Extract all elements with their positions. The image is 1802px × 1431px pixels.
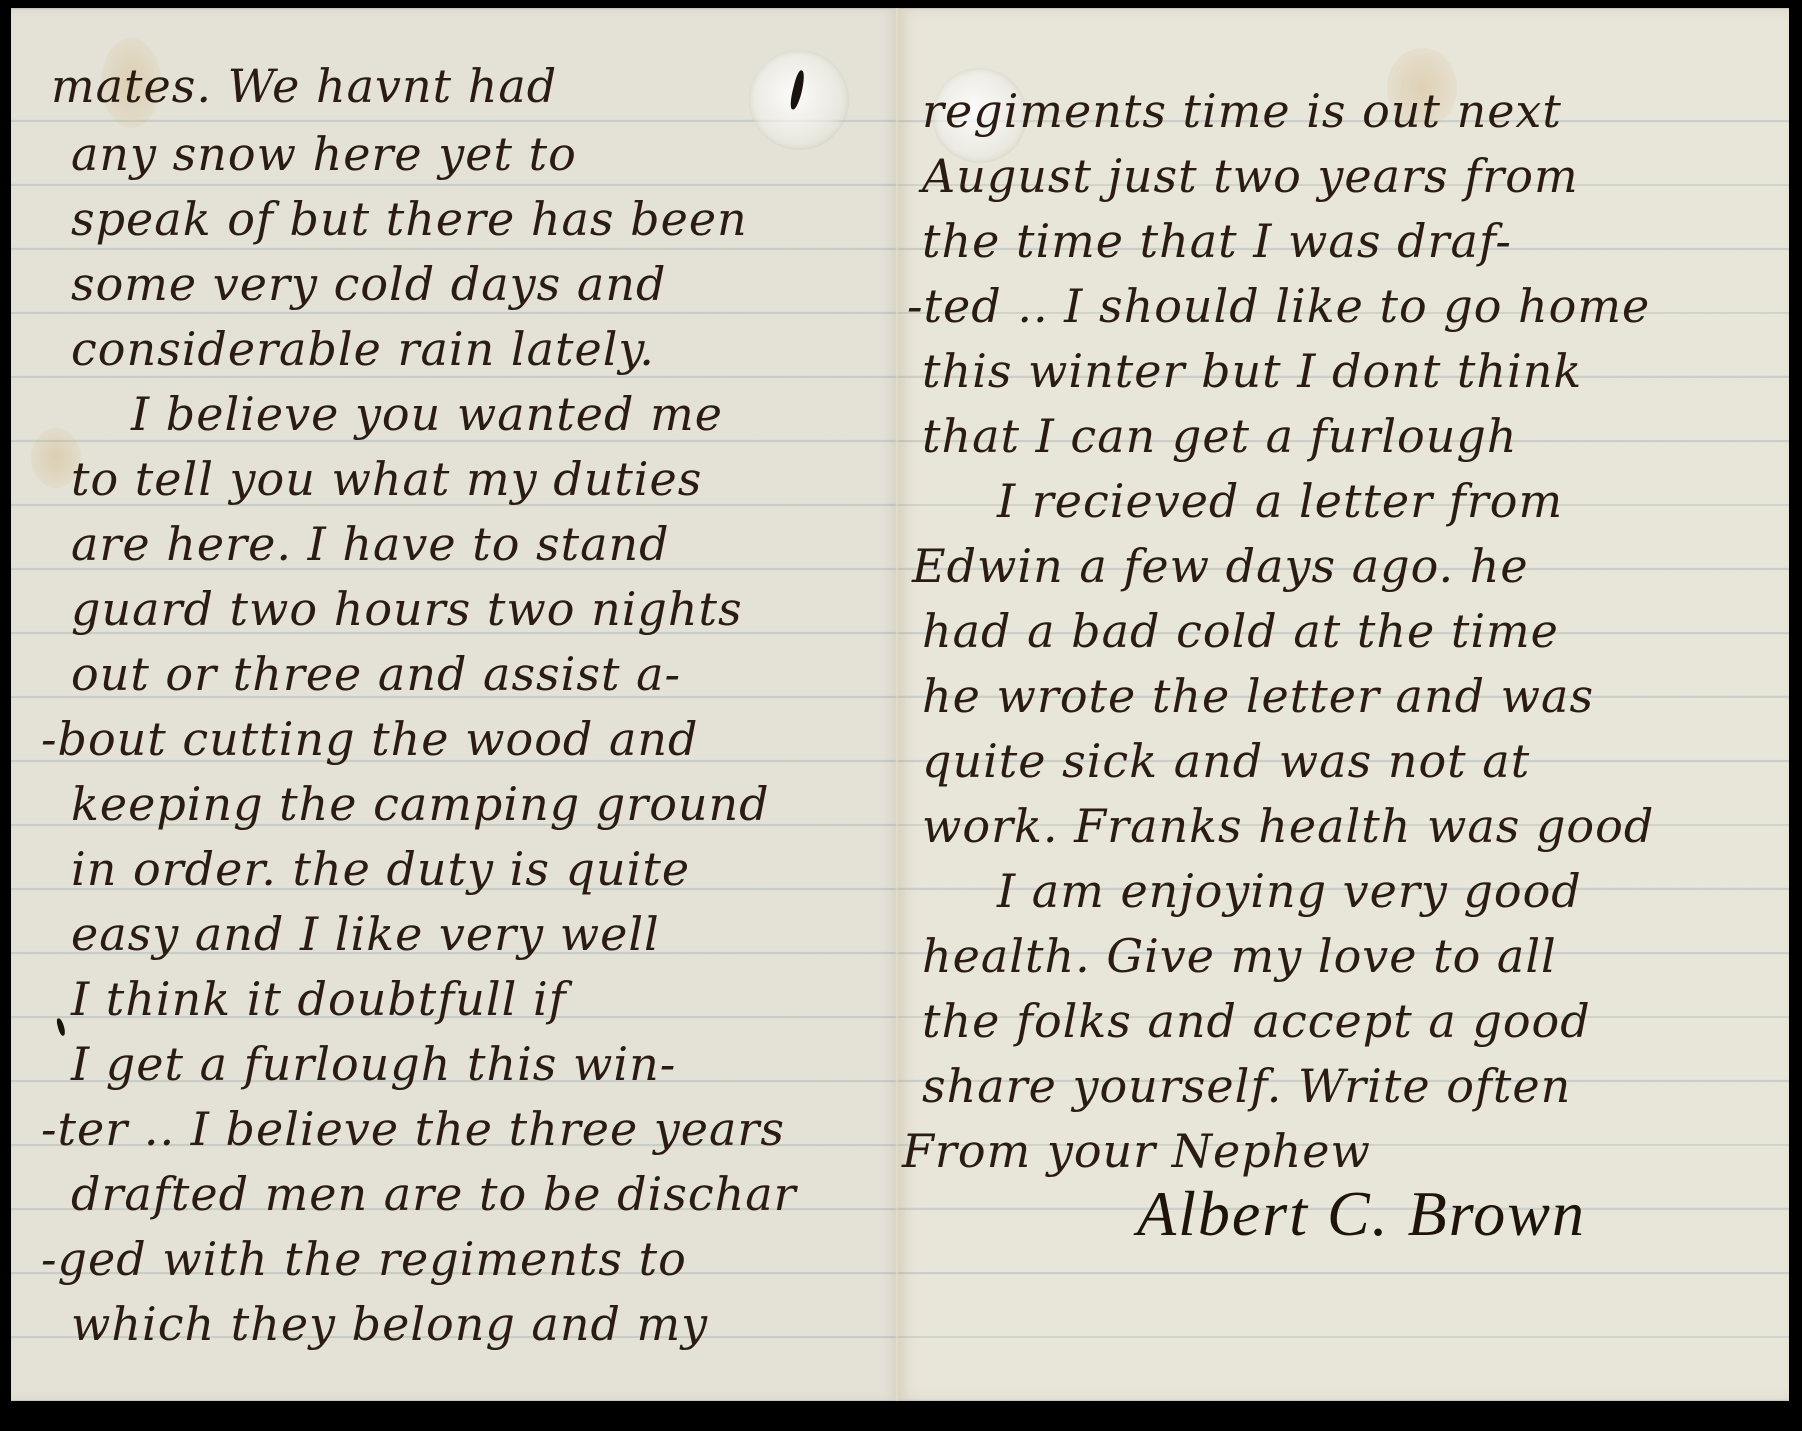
letter-line: Edwin a few days ago. he	[912, 538, 1529, 594]
letter-line: guard two hours two nights	[71, 581, 743, 637]
signature: Albert C. Brown	[1137, 1186, 1586, 1242]
letter-line: August just two years from	[922, 148, 1579, 204]
letter-page-left: mates. We havnt had any snow here yet to…	[11, 8, 897, 1401]
letter-line: any snow here yet to	[71, 126, 577, 182]
letter-line: to tell you what my duties	[71, 451, 702, 507]
letter-line: mates. We havnt had	[51, 58, 557, 114]
letter-closing: From your Nephew	[902, 1123, 1371, 1179]
letter-line: -ged with the regiments to	[41, 1231, 687, 1287]
letter-line: -ted .. I should like to go home	[907, 278, 1650, 334]
letter-line: I recieved a letter from	[917, 473, 1563, 529]
letter-line: that I can get a furlough	[922, 408, 1517, 464]
letter-line: in order. the duty is quite	[71, 841, 690, 897]
left-page-text: mates. We havnt had any snow here yet to…	[11, 8, 897, 1401]
letter-line: -ter .. I believe the three years	[41, 1101, 785, 1157]
letter-line: this winter but I dont think	[922, 343, 1582, 399]
letter-line: I believe you wanted me	[51, 386, 723, 442]
letter-line: share yourself. Write often	[922, 1058, 1571, 1114]
letter-line: work. Franks health was good	[922, 798, 1654, 854]
right-page-text: regiments time is out next August just t…	[897, 8, 1789, 1401]
letter-line: the folks and accept a good	[922, 993, 1591, 1049]
letter-line: had a bad cold at the time	[922, 603, 1559, 659]
letter-line: considerable rain lately.	[71, 321, 655, 377]
letter-page-right: regiments time is out next August just t…	[897, 8, 1789, 1401]
letter-line: I am enjoying very good	[917, 863, 1582, 919]
letter-line: some very cold days and	[71, 256, 666, 312]
letter-line: regiments time is out next	[922, 83, 1562, 139]
letter-line: which they belong and my	[71, 1296, 708, 1352]
letter-line: I get a furlough this win-	[71, 1036, 676, 1092]
letter-scan: mates. We havnt had any snow here yet to…	[11, 8, 1789, 1401]
letter-line: the time that I was draf-	[922, 213, 1512, 269]
letter-line: easy and I like very well	[71, 906, 660, 962]
letter-line: keeping the camping ground	[71, 776, 770, 832]
letter-line: drafted men are to be dischar	[71, 1166, 797, 1222]
letter-line: speak of but there has been	[71, 191, 748, 247]
letter-line: out or three and assist a-	[71, 646, 681, 702]
letter-line: quite sick and was not at	[922, 733, 1530, 789]
letter-line: he wrote the letter and was	[922, 668, 1594, 724]
letter-line: are here. I have to stand	[71, 516, 670, 572]
letter-line: I think it doubtfull if	[71, 971, 567, 1027]
letter-line: -bout cutting the wood and	[41, 711, 698, 767]
page-fold	[895, 8, 899, 1401]
letter-line: health. Give my love to all	[922, 928, 1557, 984]
